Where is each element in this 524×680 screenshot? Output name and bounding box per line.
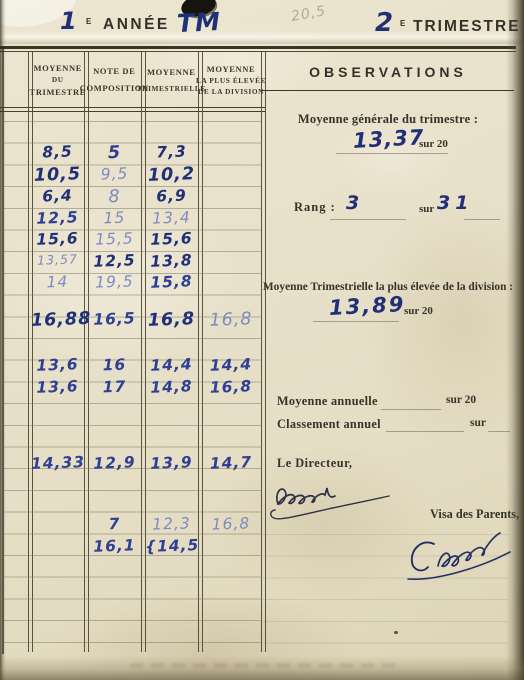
grade-cell: 12,5	[31, 208, 85, 228]
fill-line	[313, 321, 399, 322]
moyenne-generale-label: Moyenne générale du trimestre :	[262, 112, 514, 127]
grade-cell: 8	[88, 186, 142, 208]
year-label: ANNÉE	[103, 16, 170, 34]
col-header-moyenne-trimestre: MOYENNE DU TRIMESTRE	[31, 54, 85, 106]
header-bottom-rule	[0, 111, 266, 112]
fill-line	[330, 219, 406, 220]
grade-cell: 13,8	[145, 251, 199, 271]
col-header-moyenne-division: MOYENNE LA PLUS ÉLEVÉE DE LA DIVISION	[202, 54, 261, 106]
page-edge-right	[506, 0, 524, 680]
rang-sur-label: sur	[419, 203, 434, 215]
classement-annuel-label: Classement annuel	[277, 417, 381, 432]
term-label: TRIMESTRE	[413, 18, 521, 36]
grade-cell: 17	[88, 377, 142, 397]
col-header-line: MOYENNE	[207, 64, 256, 75]
col-header-line: MOYENNE	[147, 67, 196, 78]
header-bottom-rule	[0, 107, 266, 108]
col-header-line: DU	[52, 75, 64, 84]
grade-cell: 19,5	[88, 272, 142, 292]
moyenne-annuelle-suffix: sur 20	[446, 394, 476, 406]
grade-cell: 6,9	[145, 186, 199, 206]
report-card-scan: 1 E ANNÉE TM 20,5 2 E TRIMESTRE MOYENNE …	[0, 0, 524, 680]
table-row: 16,88 16,5 16,8 16,8	[0, 310, 262, 334]
grade-cell: 5	[88, 142, 142, 164]
col-header-line: LA PLUS ÉLEVÉE	[196, 76, 266, 85]
grade-cell: 16,88	[31, 309, 85, 331]
grade-cell: 8,5	[31, 142, 85, 162]
director-signature	[268, 468, 394, 526]
observations-underline	[262, 90, 514, 91]
grade-cell: 14,8	[145, 377, 199, 397]
grade-cell: 16,8	[145, 309, 199, 331]
term-ordinal: E	[400, 19, 405, 28]
plus-elevee-value: 13,89	[328, 292, 406, 320]
page-edge-left	[0, 0, 6, 680]
grade-cell: 12,5	[88, 251, 142, 271]
header-rule-thick	[0, 46, 516, 49]
grade-cell: 13,6	[31, 355, 85, 375]
col-header-line: MOYENNE	[33, 63, 82, 74]
rang-total: 31	[437, 192, 473, 214]
fill-line	[381, 409, 441, 410]
grade-cell: 14,7	[202, 453, 261, 473]
table-row: 13,6 17 14,8 16,8	[0, 378, 262, 402]
table-row: 14,33 12,9 13,9 14,7	[0, 454, 262, 478]
table-row: 16,1 {14,5	[0, 537, 262, 561]
grade-cell: 13,4	[145, 208, 199, 228]
grade-cell: 16,1	[88, 536, 142, 556]
plus-elevee-label: Moyenne Trimestrielle la plus élevée de …	[262, 281, 514, 293]
grade-cell: 15,6	[145, 229, 199, 249]
grade-cell: 15	[88, 208, 142, 228]
grade-cell: 7	[88, 514, 142, 534]
grade-cell: 13,57	[31, 251, 84, 268]
page-edge-bottom	[0, 656, 524, 680]
grade-cell: 12,9	[88, 453, 142, 473]
grade-cell: 14,33	[31, 453, 85, 473]
observations-title: OBSERVATIONS	[262, 64, 514, 80]
col-header-line: TRIMESTRE	[30, 87, 86, 98]
grade-cell: 13,9	[145, 453, 199, 473]
term-number: 2	[375, 8, 394, 38]
grade-cell: 12,3	[145, 514, 199, 534]
grade-cell: 9,5	[88, 164, 142, 184]
rang-label: Rang :	[294, 200, 336, 215]
fill-line	[464, 219, 500, 220]
grade-cell: 16,8	[202, 514, 261, 534]
col-header-moyenne-trimestrielle: MOYENNE TRIMESTRIELLE	[145, 54, 199, 106]
grade-cell: {14,5	[145, 536, 199, 556]
class-label: TM	[176, 7, 221, 38]
grade-cell: 14	[31, 272, 85, 292]
year-number: 1	[60, 7, 78, 35]
grade-cell: 15,8	[145, 272, 199, 292]
col-header-note-composition: NOTE DE COMPOSITION	[88, 54, 142, 106]
grade-cell: 7,3	[145, 142, 199, 162]
grade-cell: 10,2	[145, 164, 199, 186]
paper-speck	[394, 631, 398, 634]
grade-cell: 16,8	[202, 309, 261, 331]
grade-cell: 15,5	[88, 229, 142, 249]
classement-sur-label: sur	[470, 417, 486, 429]
year-ordinal: E	[86, 17, 91, 26]
col-header-line: NOTE DE	[93, 66, 135, 77]
grade-cell: 16	[88, 355, 142, 375]
grade-cell: 14,4	[145, 355, 199, 375]
grade-cell: 16,5	[88, 309, 142, 329]
rang-value: 3	[346, 192, 360, 214]
table-row: 14 19,5 15,8	[0, 273, 262, 297]
grade-cell: 16,8	[202, 376, 261, 396]
moyenne-generale-value: 13,37	[352, 125, 425, 153]
moyenne-annuelle-label: Moyenne annuelle	[277, 394, 378, 409]
parents-signature	[402, 520, 516, 584]
grade-cell: 14,4	[202, 355, 261, 375]
plus-elevee-suffix: sur 20	[404, 305, 433, 317]
moyenne-generale-suffix: sur 20	[419, 138, 448, 150]
header-rule-thin	[0, 51, 516, 52]
grade-cell: 10,5	[31, 164, 85, 186]
grade-cell: 6,4	[31, 186, 85, 206]
fill-line	[386, 431, 464, 432]
grade-cell: 13,6	[31, 377, 85, 397]
fill-line	[336, 153, 448, 154]
grade-cell: 15,6	[31, 229, 85, 249]
col-header-line: DE LA DIVISION	[198, 87, 264, 96]
